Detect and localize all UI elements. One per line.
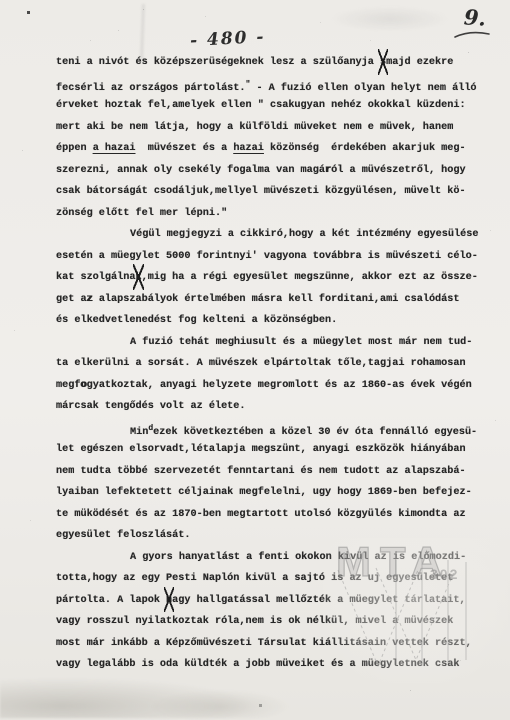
text-segment: csak bátorságát csodáljuk,mellyel müvész… [56, 186, 466, 197]
text-segment: pártolta. A lapok [56, 595, 166, 606]
text-segment: ól a müvészetről, hogy [331, 165, 466, 176]
text-segment: fecsérli az országos pártolást. [56, 83, 246, 94]
text-segment: ,mig ha a régi egyesület megszünne, akko… [142, 272, 478, 283]
text-segment: gyatkoztak, anyagi helyzete megromlott é… [87, 380, 472, 391]
text-segment: éppen [56, 143, 93, 154]
text-line: teni a nivót és középszerüségeknek lesz … [56, 52, 480, 74]
text-segment: és elkedvetlenedést fog kelteni a közöns… [56, 315, 337, 326]
text-segment: teni a nivót és középszerüségeknek lesz … [56, 57, 380, 68]
text-line: get az alapszabályok értelmében másra ke… [56, 289, 480, 311]
text-line: mert aki be nem látja, hogy a külföldi m… [56, 117, 480, 139]
text-line: szerezni, annak oly csekély fogalma van … [56, 160, 480, 182]
text-line: esetén a müegylet 5000 forintnyi' vagyon… [56, 246, 480, 268]
text-segment: get a [56, 294, 87, 305]
scanned-page: 9. - 480 - teni a nivót és középszerüség… [0, 0, 510, 720]
text-line: éppen a hazai müvészet és a hazai közöns… [56, 138, 480, 160]
paper-noise [0, 0, 1, 1]
text-segment: egyesület feloszlását. [56, 530, 191, 541]
text-line: kat szolgálnak,mig ha a régi egyesület m… [56, 267, 480, 289]
text-segment: érveket hoztak fel,amelyek ellen " csaku… [56, 100, 466, 111]
text-line: ta elkerülni a sorsát. A müvészek elpárt… [56, 353, 480, 375]
text-line: nem tudta többé szervezetét fenntartani … [56, 461, 480, 483]
text-line: let egészen elsorvadt,létalapja megszünt… [56, 439, 480, 461]
text-line: A fuzió tehát meghiusult és a müegylet m… [56, 332, 480, 354]
paper-smudge [330, 6, 450, 32]
text-line: márcsak tengődés volt az élete. [56, 396, 480, 418]
text-line: érveket hoztak fel,amelyek ellen " csaku… [56, 95, 480, 117]
text-segment: kat szolgálna [56, 272, 135, 283]
text-line: te müködését és az 1870-ben megtartott u… [56, 504, 480, 526]
text-segment: zönség előtt fel mer lépni." [56, 208, 227, 219]
text-segment-u: a hazai [93, 143, 136, 154]
text-segment: Min [130, 427, 148, 438]
text-line: megfogyatkoztak, anyagi helyzete megroml… [56, 375, 480, 397]
text-segment: megf [56, 380, 80, 391]
text-segment: majd ezekre [386, 57, 453, 68]
text-segment: te müködését és az 1870-ben megtartott u… [56, 509, 466, 520]
text-line: zönség előtt fel mer lépni." [56, 203, 480, 225]
text-segment: szerezni, annak oly csekély fogalma van … [56, 165, 325, 176]
paper-stain [150, 690, 290, 718]
text-line: csak bátorságát csodáljuk,mellyel müvész… [56, 181, 480, 203]
page-header-number: - 480 - [190, 27, 266, 51]
text-segment: mert aki be nem látja, hogy a külföldi m… [56, 122, 453, 133]
stamp-lines-icon [330, 548, 505, 698]
text-segment-xout: k [135, 267, 141, 289]
text-segment: Végül megjegyzi a cikkiró,hogy a két int… [130, 229, 478, 240]
text-segment-xout: n [166, 590, 172, 612]
text-segment: ta elkerülni a sorsát. A müvészek elpárt… [56, 358, 466, 369]
text-segment: nem tudta többé szervezetét fenntartani … [56, 466, 466, 477]
handwritten-page-number: 9. [463, 4, 487, 30]
text-segment: alapszabályok értelmében másra kell ford… [93, 294, 460, 305]
text-segment: esetén a müegylet 5000 forintnyi' vagyon… [56, 251, 478, 262]
text-line: lyaiban lefektetett céljainak megfelelni… [56, 482, 480, 504]
text-segment: közönség érdekében akarjuk meg- [264, 143, 466, 154]
text-line: és elkedvetlenedést fog kelteni a közöns… [56, 310, 480, 332]
text-segment: A fuzió tehát meghiusult és a müegylet m… [130, 337, 472, 348]
text-segment: müvészet és a [135, 143, 233, 154]
text-segment-xout: s [380, 52, 386, 74]
text-segment-u: hazai [233, 143, 264, 154]
text-line: Végül megjegyzi a cikkiró,hogy a két int… [56, 224, 480, 246]
text-segment: - A fuzió ellen olyan helyt nem álló [250, 83, 476, 94]
text-line: fecsérli az országos pártolást." - A fuz… [56, 74, 480, 96]
text-segment: lyaiban lefektetett céljainak megfelelni… [56, 487, 472, 498]
text-segment: ezek következtében a közel 30 év óta fen… [153, 427, 477, 438]
text-line: Mindezek következtében a közel 30 év óta… [56, 418, 480, 440]
underline-stroke [452, 29, 492, 39]
text-segment: márcsak tengődés volt az élete. [56, 401, 246, 412]
text-segment: let egészen elsorvadt,létalapja megszünt… [56, 444, 466, 455]
